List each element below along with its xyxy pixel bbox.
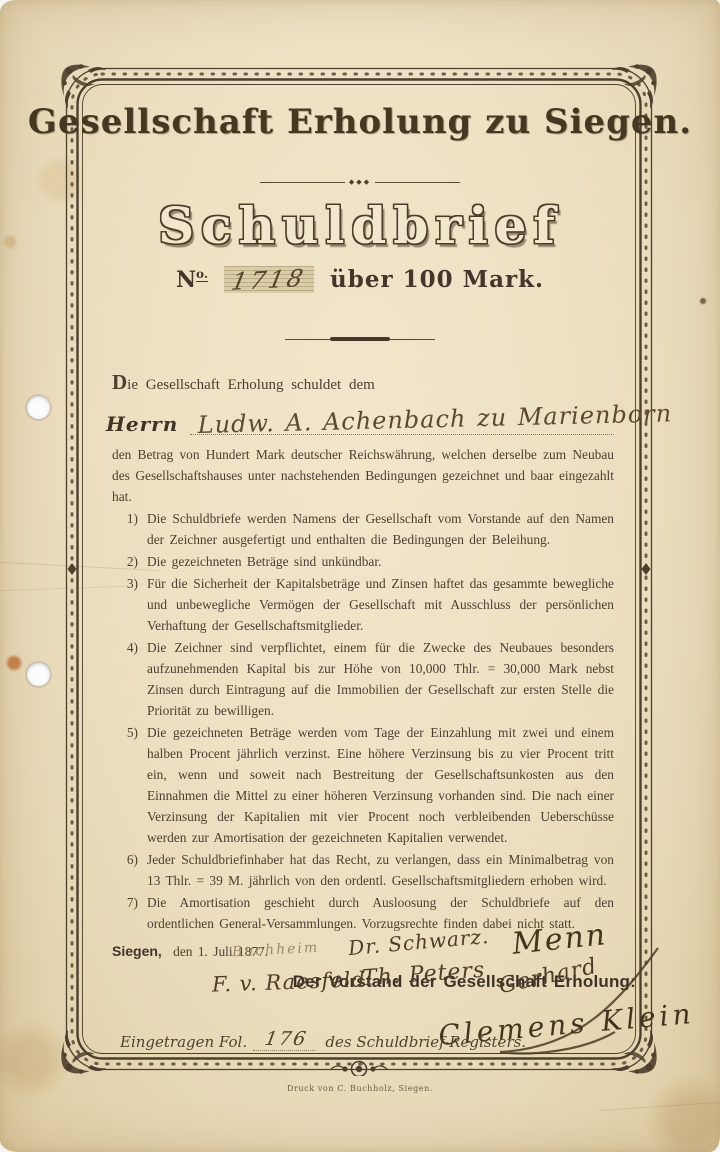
divider-line <box>375 182 460 183</box>
register-suffix: des Schuldbrief-Registers. <box>325 1033 526 1051</box>
condition-text: Für die Sicherheit der Kapitalsbeträge u… <box>147 573 614 636</box>
ornament-divider: ◆◆◆ <box>260 178 460 186</box>
printer-imprint: Druck von C. Buchholz, Siegen. <box>0 1084 720 1093</box>
amount-text: über 100 Mark. <box>330 266 544 293</box>
condition-text: Die Schuldbriefe werden Namens der Gesel… <box>147 508 614 550</box>
condition-number: 3) <box>112 573 138 636</box>
condition-text: Die gezeichneten Beträge werden vom Tage… <box>147 722 614 848</box>
condition-item: 5) Die gezeichneten Beträge werden vom T… <box>112 722 614 848</box>
condition-text: Die gezeichneten Beträge sind unkündbar. <box>147 551 614 572</box>
condition-item: 6) Jeder Schuldbriefinhaber hat das Rech… <box>112 849 614 891</box>
condition-number: 4) <box>112 637 138 721</box>
hole-punch-top <box>27 396 50 419</box>
register-prefix: Eingetragen Fol. <box>120 1033 247 1051</box>
condition-item: 4) Die Zeichner sind verpflichtet, einem… <box>112 637 614 721</box>
condition-number: 1) <box>112 508 138 550</box>
folio-number-handwritten: 176 <box>253 1028 319 1051</box>
intro-rest: ie Gesellschaft Erholung schuldet dem <box>127 377 375 393</box>
intro-line: Die Gesellschaft Erholung schuldet dem <box>112 372 614 396</box>
document-title: Schuldbrief <box>0 196 720 255</box>
divider-line <box>260 182 345 183</box>
condition-item: 2) Die gezeichneten Beträge sind unkündb… <box>112 551 614 572</box>
number-label: No. <box>176 267 208 293</box>
condition-number: 6) <box>112 849 138 891</box>
society-name: Gesellschaft Erholung zu Siegen. <box>0 102 720 142</box>
divider-beads-ornament: ◆◆◆ <box>345 178 375 186</box>
number-field: 1718 <box>224 266 314 293</box>
place-name: Siegen, <box>112 943 162 959</box>
condition-text: Die Zeichner sind verpflichtet, einem fü… <box>147 637 614 721</box>
condition-text: Jeder Schuldbriefinhaber hat das Recht, … <box>147 849 614 891</box>
number-line: No. 1718 über 100 Mark. <box>0 266 720 293</box>
conditions-list: 1) Die Schuldbriefe werden Namens der Ge… <box>112 508 614 934</box>
intro-dropcap: D <box>112 370 127 394</box>
condition-number: 5) <box>112 722 138 848</box>
payee-name-handwritten: Ludw. A. Achenbach zu Marienborn <box>198 403 673 436</box>
condition-number: 7) <box>112 892 138 934</box>
payee-row: Herrn Ludw. A. Achenbach zu Marienborn <box>106 399 614 435</box>
hole-punch-bottom <box>27 663 50 686</box>
number-value-handwritten: 1718 <box>229 264 308 296</box>
salutation-label: Herrn <box>106 414 178 435</box>
certificate-body: Die Gesellschaft Erholung schuldet dem H… <box>112 372 614 992</box>
swelled-rule <box>285 336 435 342</box>
condition-item: 3) Für die Sicherheit der Kapitalsbeträg… <box>112 573 614 636</box>
register-line: Eingetragen Fol. 176 des Schuldbrief-Reg… <box>120 1028 526 1051</box>
obligation-paragraph: den Betrag von Hundert Mark deutscher Re… <box>112 444 614 507</box>
condition-number: 2) <box>112 551 138 572</box>
payee-underline: Ludw. A. Achenbach zu Marienborn <box>190 400 614 435</box>
condition-item: 1) Die Schuldbriefe werden Namens der Ge… <box>112 508 614 550</box>
